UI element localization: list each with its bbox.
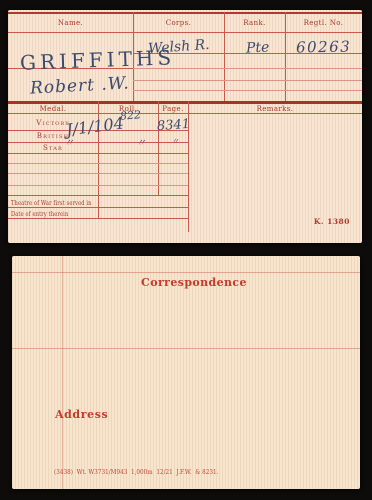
roll-handwriting: J/1/104 [65,114,125,140]
row-rule-6 [8,185,188,186]
corps-column-header: Corps. [133,19,224,27]
medal-column-header: Medal. [8,105,98,113]
corps-area-rule-3 [133,80,362,81]
printers-code: (3438) Wt. W3731/M943 1,000m 12/21 J.F.W… [54,469,218,476]
theatre-of-war-label: Theatre of War first served in [11,199,92,207]
reference-code: K. 1380 [314,217,350,226]
name-column-header: Name. [8,19,133,27]
theatre-row-rule [8,207,188,208]
regtl-no-column-header: Regtl. No. [285,19,362,27]
roll-ditto-mark: 〃 [64,134,74,149]
roll-page-divider [158,101,159,195]
medal-index-card-photo: Name. Corps. Rank. Regtl. No. GRIFFITHS … [0,0,372,500]
address-label: Address [55,408,108,421]
rank-regtl-divider [285,12,286,101]
rank-column-header: Rank. [224,19,285,27]
medal-section-rule [8,101,362,104]
medal-card-front: Name. Corps. Rank. Regtl. No. GRIFFITHS … [8,10,362,243]
date-of-entry-label: Date of entry therein [11,210,68,218]
page-handwriting: 8341 [157,117,191,134]
rank-handwriting: Pte [246,39,270,56]
roll-number-handwriting: 822 [120,108,142,122]
page-ditto-mark: 〃 [171,136,179,147]
row-rule-7 [8,195,188,196]
back-middle-rule [12,348,360,349]
corps-area-rule-4 [133,90,362,91]
roll-ditto-mark-2: 〃 [136,134,146,149]
back-top-rule [12,272,360,273]
back-left-grain-rule [62,256,63,489]
row-rule-4 [8,163,188,164]
row-rule-3 [8,153,188,154]
page-column-header: Page. [158,105,188,113]
medal-card-back: Correspondence Address (3438) Wt. W3731/… [12,256,360,489]
row-rule-5 [8,173,188,174]
top-rule [8,12,362,14]
remarks-column-header: Remarks. [188,105,362,113]
regtl-no-handwriting: 60263 [296,38,352,57]
correspondence-title: Correspondence [12,276,360,289]
header-underline [8,32,362,33]
corps-rank-divider [224,12,225,101]
forename-handwriting: Robert .W. [30,73,131,98]
medal-header-underline [8,113,362,114]
corps-handwriting: Welsh R. [148,37,211,57]
medal-row-star: Star [8,144,98,152]
row-rule-2 [8,142,188,143]
date-row-rule [8,218,188,219]
